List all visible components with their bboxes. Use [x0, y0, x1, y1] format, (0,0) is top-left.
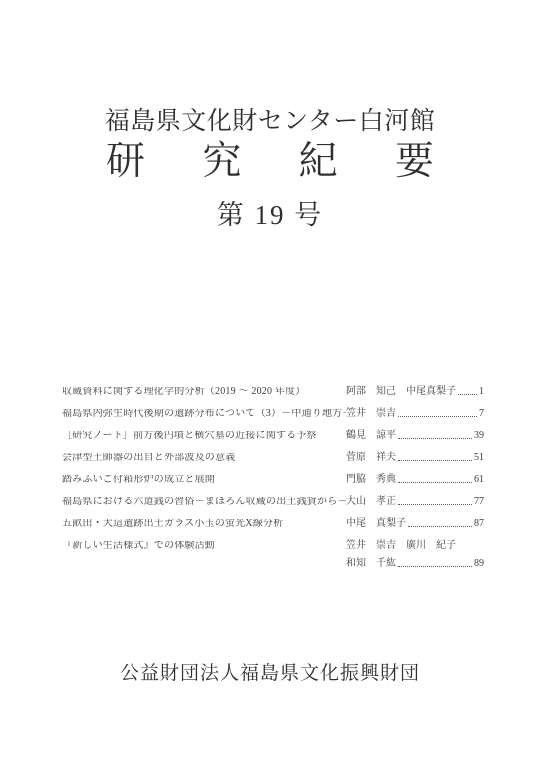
article-title: 『新しい生活様式』での体験活動	[62, 541, 346, 551]
article-title: 収蔵資料に関する理化学的分析（2019 ～ 2020 年度）	[62, 387, 346, 397]
article-reference: 鶴見 諒平 39	[346, 431, 484, 441]
article-authors: 鶴見 諒平	[346, 431, 396, 441]
page-number: 51	[474, 453, 484, 463]
toc-row: 踏みふいご付箱形炉の成立と展開 門脇 秀典 61	[62, 475, 484, 485]
cover-header: 福島県文化財センター白河館 研 究 紀 要 第 19 号	[0, 107, 540, 230]
article-authors: 門脇 秀典	[346, 475, 396, 485]
article-authors: 菅原 祥夫	[346, 453, 396, 463]
article-title: 踏みふいご付箱形炉の成立と展開	[62, 475, 346, 485]
dot-leader	[458, 394, 477, 395]
journal-title-char: 研	[106, 141, 145, 183]
dot-leader	[398, 504, 472, 505]
author-line: 大山 孝正 77	[346, 497, 484, 507]
article-authors: 笠井 崇吉 廣川 紀子	[346, 541, 456, 551]
table-of-contents: 収蔵資料に関する理化学的分析（2019 ～ 2020 年度） 阿部 知己 中尾真…	[62, 387, 484, 581]
author-line: 門脇 秀典 61	[346, 475, 484, 485]
journal-title: 研 究 紀 要	[106, 141, 434, 183]
article-authors: 和知 千紘	[346, 559, 396, 569]
journal-title-char: 究	[202, 141, 241, 183]
toc-row: 収蔵資料に関する理化学的分析（2019 ～ 2020 年度） 阿部 知己 中尾真…	[62, 387, 484, 397]
author-line: 阿部 知己 中尾真梨子 1	[346, 387, 484, 397]
author-line: 中尾 真梨子 87	[346, 519, 484, 529]
article-reference: 門脇 秀典 61	[346, 475, 484, 485]
toc-row: ［研究ノート］前方後円墳と横穴墓の近接に関する予察 鶴見 諒平 39	[62, 431, 484, 441]
page-number: 61	[474, 475, 484, 485]
article-title: 福島県内弥生時代後期の遺跡分布について（3）－中通り地方－	[62, 409, 346, 419]
article-reference: 笠井 崇吉 廣川 紀子 和知 千紘 89	[346, 541, 484, 569]
article-reference: 菅原 祥夫 51	[346, 453, 484, 463]
dot-leader	[398, 438, 472, 439]
toc-row: 『新しい生活様式』での体験活動 笠井 崇吉 廣川 紀子 和知 千紘 89	[62, 541, 484, 569]
author-line: 菅原 祥夫 51	[346, 453, 484, 463]
publisher-name-top: 福島県文化財センター白河館	[105, 107, 436, 137]
issue-number: 第 19 号	[217, 200, 324, 230]
article-title: 五畝田・犬這遺跡出土ガラス小玉の蛍光X線分析	[62, 519, 346, 529]
dot-leader	[398, 416, 477, 417]
article-authors: 中尾 真梨子	[346, 519, 406, 529]
article-reference: 笠井 崇吉 7	[346, 409, 484, 419]
article-authors: 大山 孝正	[346, 497, 396, 507]
page-number: 87	[474, 519, 484, 529]
page-number: 1	[479, 387, 484, 397]
article-reference: 阿部 知己 中尾真梨子 1	[346, 387, 484, 397]
page-number: 39	[474, 431, 484, 441]
dot-leader	[398, 460, 472, 461]
article-reference: 大山 孝正 77	[346, 497, 484, 507]
journal-title-char: 要	[395, 141, 434, 183]
article-title: 会津型土師器の出自と外部波及の意義	[62, 453, 346, 463]
article-authors: 阿部 知己 中尾真梨子	[346, 387, 456, 397]
journal-cover-page: 福島県文化財センター白河館 研 究 紀 要 第 19 号 収蔵資料に関する理化学…	[0, 0, 540, 764]
page-number: 7	[479, 409, 484, 419]
page-number: 89	[474, 559, 484, 569]
article-reference: 中尾 真梨子 87	[346, 519, 484, 529]
author-line: 笠井 崇吉 7	[346, 409, 484, 419]
toc-row: 福島県内弥生時代後期の遺跡分布について（3）－中通り地方－ 笠井 崇吉 7	[62, 409, 484, 419]
article-authors: 笠井 崇吉	[346, 409, 396, 419]
toc-row: 五畝田・犬這遺跡出土ガラス小玉の蛍光X線分析 中尾 真梨子 87	[62, 519, 484, 529]
dot-leader	[398, 566, 472, 567]
toc-row: 会津型土師器の出自と外部波及の意義 菅原 祥夫 51	[62, 453, 484, 463]
article-title: 福島県における六道銭の習俗－まほろん収蔵の出土銭貨から－	[62, 497, 346, 507]
dot-leader	[408, 526, 472, 527]
toc-row: 福島県における六道銭の習俗－まほろん収蔵の出土銭貨から－ 大山 孝正 77	[62, 497, 484, 507]
author-line: 笠井 崇吉 廣川 紀子	[346, 541, 484, 551]
author-line: 鶴見 諒平 39	[346, 431, 484, 441]
article-title: ［研究ノート］前方後円墳と横穴墓の近接に関する予察	[62, 431, 346, 441]
publisher-name-bottom: 公益財団法人福島県文化振興財団	[0, 662, 540, 686]
page-number: 77	[474, 497, 484, 507]
author-line-2: 和知 千紘 89	[346, 559, 484, 569]
dot-leader	[398, 482, 472, 483]
journal-title-char: 紀	[299, 141, 338, 183]
